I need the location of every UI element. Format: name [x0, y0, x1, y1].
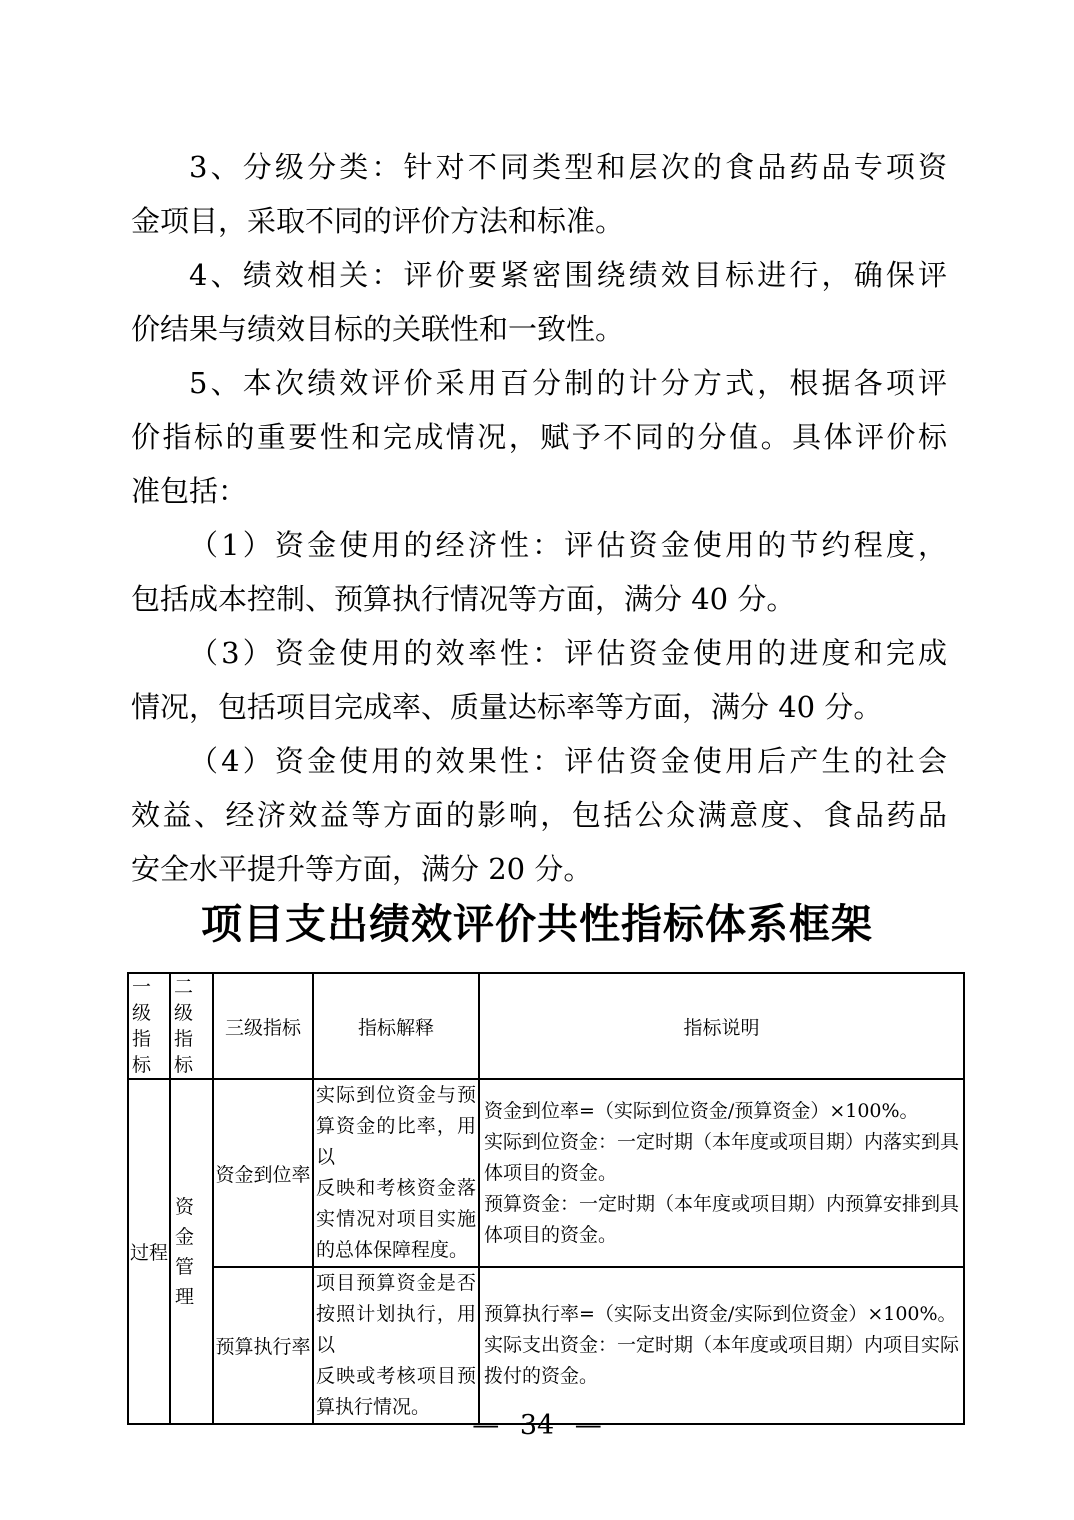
- body-text-block: 3、分级分类：针对不同类型和层次的食品药品专项资金项目，采取不同的评价方法和标准…: [131, 140, 947, 896]
- text-line: 实际支出资金：一定时期（本年度或项目期）内项目实际: [484, 1330, 959, 1361]
- header-indicator-description: 指标说明: [479, 973, 964, 1079]
- table-title: 项目支出绩效评价共性指标体系框架: [0, 898, 1074, 950]
- text-line: 准包括：: [131, 464, 947, 518]
- text-line: 金项目，采取不同的评价方法和标准。: [131, 194, 947, 248]
- cell-description-fund-arrival: 资金到位率=（实际到位资金/预算资金）×100%。实际到位资金：一定时期（本年度…: [479, 1079, 964, 1267]
- header-indicator-explanation: 指标解释: [313, 973, 479, 1079]
- description-lines: 预算执行率=（实际支出资金/实际到位资金）×100%。实际支出资金：一定时期（本…: [480, 1299, 963, 1392]
- cell-description-budget-execution: 预算执行率=（实际支出资金/实际到位资金）×100%。实际支出资金：一定时期（本…: [479, 1267, 964, 1424]
- table-row-budget-execution: 预算执行率 项目预算资金是否按照计划执行，用以反映或考核项目预算执行情况。 预算…: [128, 1267, 964, 1424]
- text-line: 算资金的比率，用以: [316, 1111, 476, 1173]
- text-line: 拨付的资金。: [484, 1361, 959, 1392]
- header-level2-indicator: 二级指标: [170, 973, 213, 1079]
- text-line: 的总体保障程度。: [316, 1235, 476, 1266]
- header-level1-lines: 一级指标: [129, 974, 169, 1078]
- text-line: （4）资金使用的效果性：评估资金使用后产生的社会: [131, 734, 947, 788]
- text-line: 效益、经济效益等方面的影响，包括公众满意度、食品药品: [131, 788, 947, 842]
- text-line: 按照计划执行，用以: [316, 1299, 476, 1361]
- text-line: 二级: [174, 974, 209, 1026]
- header-level1-indicator: 一级指标: [128, 973, 170, 1079]
- cell-level2-lines: 资金管理: [171, 1192, 212, 1312]
- cell-level3-fund-arrival-rate: 资金到位率: [213, 1079, 313, 1267]
- text-line: 预算资金：一定时期（本年度或项目期）内预算安排到具: [484, 1189, 959, 1220]
- text-line: 预算执行率=（实际支出资金/实际到位资金）×100%。: [484, 1299, 959, 1330]
- text-line: 项目预算资金是否: [316, 1268, 476, 1299]
- table-header-row: 一级指标 二级指标 三级指标 指标解释 指标说明: [128, 973, 964, 1079]
- paragraph-criterion-1: （1）资金使用的经济性：评估资金使用的节约程度，包括成本控制、预算执行情况等方面…: [131, 518, 947, 626]
- text-line: （1）资金使用的经济性：评估资金使用的节约程度，: [131, 518, 947, 572]
- page-number: — 34 —: [0, 1408, 1074, 1444]
- header-level3-indicator: 三级指标: [213, 973, 313, 1079]
- paragraph-criterion-3: （3）资金使用的效率性：评估资金使用的进度和完成情况，包括项目完成率、质量达标率…: [131, 626, 947, 734]
- cell-explanation-fund-arrival: 实际到位资金与预算资金的比率，用以反映和考核资金落实情况对项目实施的总体保障程度…: [313, 1079, 479, 1267]
- cell-explanation-budget-execution: 项目预算资金是否按照计划执行，用以反映或考核项目预算执行情况。: [313, 1267, 479, 1424]
- cell-level1-process: 过程: [128, 1079, 170, 1424]
- text-line: 包括成本控制、预算执行情况等方面，满分 40 分。: [131, 572, 947, 626]
- text-line: 反映或考核项目预: [316, 1361, 476, 1392]
- text-line: 管理: [175, 1252, 208, 1312]
- paragraph-criterion-4: （4）资金使用的效果性：评估资金使用后产生的社会效益、经济效益等方面的影响，包括…: [131, 734, 947, 896]
- indicator-framework-table: 一级指标 二级指标 三级指标 指标解释 指标说明 过程 资金管理 资金到位率 实…: [127, 972, 965, 1425]
- text-line: 反映和考核资金落: [316, 1173, 476, 1204]
- text-line: 资金到位率=（实际到位资金/预算资金）×100%。: [484, 1096, 959, 1127]
- table-row-fund-arrival: 过程 资金管理 资金到位率 实际到位资金与预算资金的比率，用以反映和考核资金落实…: [128, 1079, 964, 1267]
- text-line: 实际到位资金与预: [316, 1080, 476, 1111]
- text-line: 一级: [132, 974, 166, 1026]
- text-line: 指标: [132, 1026, 166, 1078]
- text-line: 价指标的重要性和完成情况，赋予不同的分值。具体评价标: [131, 410, 947, 464]
- text-line: 体项目的资金。: [484, 1158, 959, 1189]
- text-line: 安全水平提升等方面，满分 20 分。: [131, 842, 947, 896]
- text-line: 5、本次绩效评价采用百分制的计分方式，根据各项评: [131, 356, 947, 410]
- text-line: 实际到位资金：一定时期（本年度或项目期）内落实到具: [484, 1127, 959, 1158]
- text-line: （3）资金使用的效率性：评估资金使用的进度和完成: [131, 626, 947, 680]
- explanation-lines: 实际到位资金与预算资金的比率，用以反映和考核资金落实情况对项目实施的总体保障程度…: [314, 1080, 478, 1266]
- header-level2-lines: 二级指标: [171, 974, 212, 1078]
- text-line: 资金: [175, 1192, 208, 1252]
- document-page: 3、分级分类：针对不同类型和层次的食品药品专项资金项目，采取不同的评价方法和标准…: [0, 0, 1074, 1520]
- text-line: 情况，包括项目完成率、质量达标率等方面，满分 40 分。: [131, 680, 947, 734]
- paragraph-item-4: 4、绩效相关：评价要紧密围绕绩效目标进行，确保评价结果与绩效目标的关联性和一致性…: [131, 248, 947, 356]
- text-line: 3、分级分类：针对不同类型和层次的食品药品专项资: [131, 140, 947, 194]
- paragraph-item-5: 5、本次绩效评价采用百分制的计分方式，根据各项评价指标的重要性和完成情况，赋予不…: [131, 356, 947, 518]
- explanation-lines: 项目预算资金是否按照计划执行，用以反映或考核项目预算执行情况。: [314, 1268, 478, 1423]
- text-line: 体项目的资金。: [484, 1220, 959, 1251]
- description-lines: 资金到位率=（实际到位资金/预算资金）×100%。实际到位资金：一定时期（本年度…: [480, 1096, 963, 1251]
- text-line: 价结果与绩效目标的关联性和一致性。: [131, 302, 947, 356]
- text-line: 实情况对项目实施: [316, 1204, 476, 1235]
- paragraph-item-3: 3、分级分类：针对不同类型和层次的食品药品专项资金项目，采取不同的评价方法和标准…: [131, 140, 947, 248]
- cell-level3-budget-execution-rate: 预算执行率: [213, 1267, 313, 1424]
- cell-level2-fund-management: 资金管理: [170, 1079, 213, 1424]
- text-line: 4、绩效相关：评价要紧密围绕绩效目标进行，确保评: [131, 248, 947, 302]
- text-line: 指标: [174, 1026, 209, 1078]
